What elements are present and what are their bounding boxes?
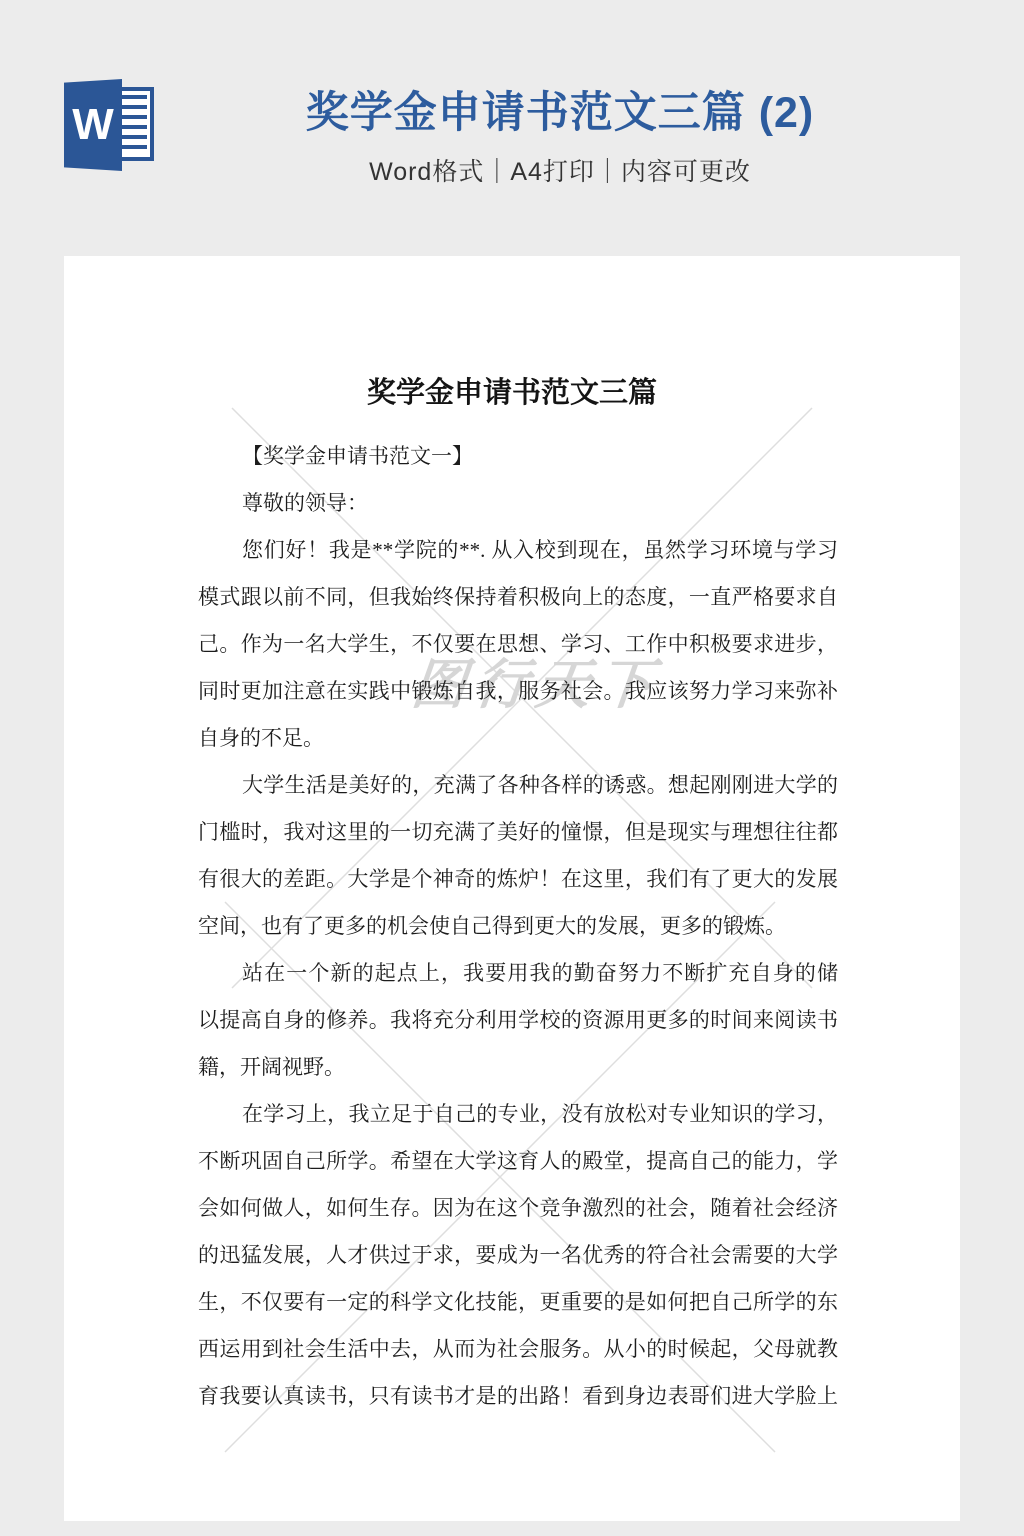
document-line: 生，不仅要有一定的科学文化技能，更重要的是如何把自己所学的东	[198, 1279, 838, 1326]
header-text: 奖学金申请书范文三篇 (2) Word格式｜A4打印｜内容可更改	[96, 88, 1024, 188]
document-title: 奖学金申请书范文三篇	[64, 370, 960, 411]
document-line: 有很大的差距。大学是个神奇的炼炉！在这里，我们有了更大的发展	[198, 856, 838, 903]
document-line: 西运用到社会生活中去，从而为社会服务。从小的时候起，父母就教	[198, 1326, 838, 1373]
document-line: 不断巩固自己所学。希望在大学这育人的殿堂，提高自己的能力，学	[198, 1138, 838, 1185]
page-subtitle: Word格式｜A4打印｜内容可更改	[96, 152, 1024, 188]
document-line: 【奖学金申请书范文一】	[198, 433, 838, 480]
document-line: 自身的不足。	[198, 715, 838, 762]
document-line: 会如何做人，如何生存。因为在这个竞争激烈的社会，随着社会经济	[198, 1185, 838, 1232]
document-line: 在学习上，我立足于自己的专业，没有放松对专业知识的学习，	[198, 1091, 838, 1138]
document-line: 的迅猛发展，人才供过于求，要成为一名优秀的符合社会需要的大学	[198, 1232, 838, 1279]
document-line: 以提高自身的修养。我将充分利用学校的资源用更多的时间来阅读书	[198, 997, 838, 1044]
document-line: 己。作为一名大学生，不仅要在思想、学习、工作中积极要求进步，	[198, 621, 838, 668]
document-line: 门槛时，我对这里的一切充满了美好的憧憬，但是现实与理想往往都	[198, 809, 838, 856]
page-title: 奖学金申请书范文三篇 (2)	[96, 88, 1024, 140]
document-line: 大学生活是美好的，充满了各种各样的诱惑。想起刚刚进大学的	[198, 762, 838, 809]
document-line: 育我要认真读书，只有读书才是的出路！看到身边表哥们进大学脸上	[198, 1373, 838, 1420]
document-line: 尊敬的领导：	[198, 480, 838, 527]
document-page: 图行天下 奖学金申请书范文三篇 【奖学金申请书范文一】尊敬的领导：您们好！我是*…	[64, 256, 960, 1521]
document-line: 站在一个新的起点上，我要用我的勤奋努力不断扩充自身的储备，	[198, 950, 838, 997]
screenshot-root: W 奖学金申请书范文三篇 (2) Word格式｜A4打印｜内容可更改 图行天下 …	[0, 0, 1024, 1536]
document-line: 同时更加注意在实践中锻炼自我，服务社会。我应该努力学习来弥补	[198, 668, 838, 715]
document-line: 空间，也有了更多的机会使自己得到更大的发展，更多的锻炼。	[198, 903, 838, 950]
document-line: 您们好！我是**学院的**. 从入校到现在，虽然学习环境与学习	[198, 527, 838, 574]
document-line: 模式跟以前不同，但我始终保持着积极向上的态度，一直严格要求自	[198, 574, 838, 621]
document-body: 【奖学金申请书范文一】尊敬的领导：您们好！我是**学院的**. 从入校到现在，虽…	[198, 433, 838, 1420]
document-line: 籍，开阔视野。	[198, 1044, 838, 1091]
